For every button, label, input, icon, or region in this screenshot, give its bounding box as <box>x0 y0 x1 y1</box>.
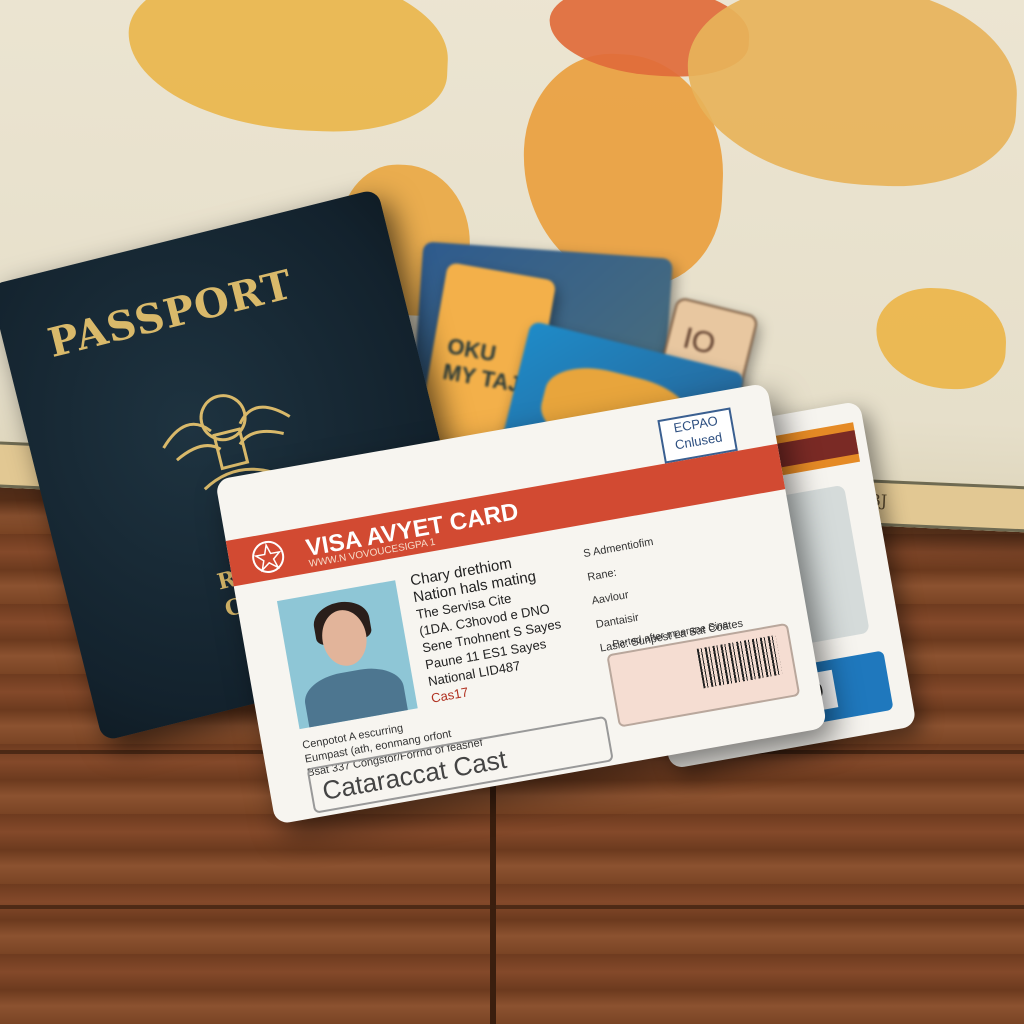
photo-jacket <box>301 663 410 729</box>
sign-card-text: IO <box>680 321 719 362</box>
map-asia <box>683 0 1021 191</box>
barcode-box: Parted after maerane Sina <box>606 623 800 728</box>
star-seal-icon <box>248 537 287 576</box>
map-australia <box>874 286 1008 392</box>
visa-card-details: Chary drethiom Nation hals mating The Se… <box>409 548 571 706</box>
map-north-america <box>125 0 452 137</box>
barcode-icon <box>697 635 783 688</box>
id-photo <box>277 580 418 729</box>
table-plank-seam <box>0 905 1024 909</box>
passport-title: PASSPORT <box>43 261 297 367</box>
photo-scene: BJ OKU MY TAJ IO PASSPORT Renational Con… <box>0 0 1024 1024</box>
